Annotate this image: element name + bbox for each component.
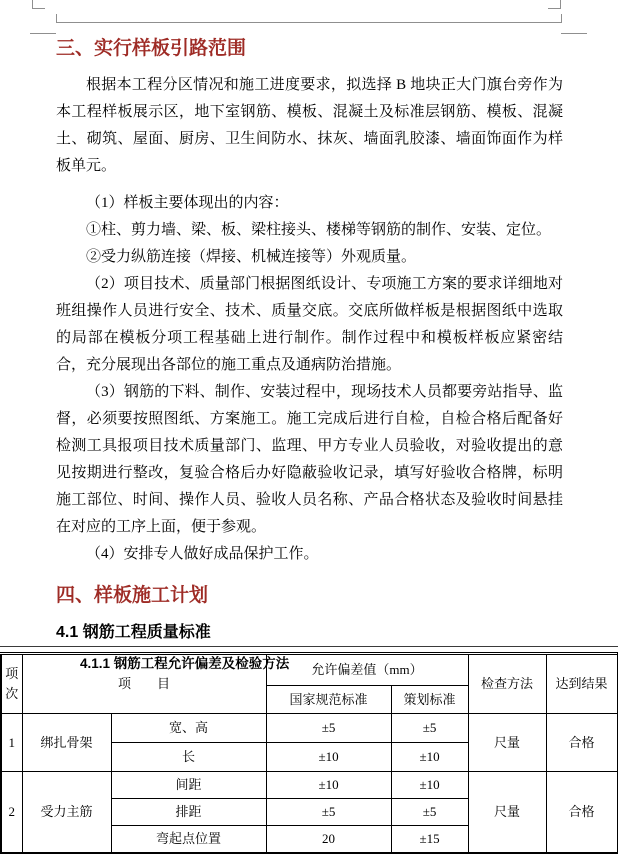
table-cell-group-no: 2 — [1, 772, 22, 854]
rebar-deviation-table: 项次 项 目 允许偏差值（mm） 检查方法 达到结果 国家规范标准 策划标准 1… — [0, 652, 618, 854]
header-cell-method: 检查方法 — [468, 654, 546, 714]
table-cell-group-item: 绑扎骨架 — [22, 714, 111, 772]
table-cell-result: 合格 — [546, 714, 618, 772]
document-body: 三、实行样板引路范围 根据本工程分区情况和施工进度要求，拟选择 B 地块正大门旗… — [56, 36, 563, 673]
text-boundary-line — [56, 22, 562, 23]
table-cell-subitem: 弯起点位置 — [111, 826, 266, 854]
header-cell-item: 项 目 — [22, 654, 266, 714]
table-cell-method: 尺量 — [468, 714, 546, 772]
header-cell-result: 达到结果 — [546, 654, 618, 714]
body-paragraph: 根据本工程分区情况和施工进度要求，拟选择 B 地块正大门旗台旁作为本工程样板展示… — [56, 72, 563, 180]
table-cell-planned-value: ±5 — [391, 714, 468, 743]
table-cell-subitem: 长 — [111, 743, 266, 772]
table-cell-national-value: ±5 — [266, 714, 391, 743]
text-boundary-mark — [561, 14, 562, 22]
body-paragraph: （4）安排专人做好成品保护工作。 — [56, 541, 563, 568]
text-boundary-mark — [32, 0, 33, 8]
text-boundary-mark — [548, 8, 561, 9]
table-cell-national-value: 20 — [266, 826, 391, 854]
body-paragraph: （1）样板主要体现出的内容： — [56, 190, 563, 217]
table-cell-national-value: ±10 — [266, 772, 391, 799]
header-cell-no: 项次 — [1, 654, 22, 714]
table-cell-result: 合格 — [546, 772, 618, 854]
document-page: 三、实行样板引路范围 根据本工程分区情况和施工进度要求，拟选择 B 地块正大门旗… — [0, 0, 618, 867]
body-paragraph: ②受力纵筋连接（焊接、机械连接等）外观质量。 — [56, 244, 563, 271]
header-cell-deviation: 允许偏差值（mm） — [266, 654, 468, 686]
body-paragraph: （2）项目技术、质量部门根据图纸设计、专项施工方案的要求详细地对班组操作人员进行… — [56, 271, 563, 379]
section-4-heading: 四、样板施工计划 — [56, 583, 563, 609]
table-cell-subitem: 排距 — [111, 799, 266, 826]
table-cell-group-no: 1 — [1, 714, 22, 772]
table-cell-planned-value: ±5 — [391, 799, 468, 826]
table-cell-national-value: ±10 — [266, 743, 391, 772]
text-boundary-mark — [560, 0, 561, 8]
table-cell-group-item: 受力主筋 — [22, 772, 111, 854]
table-cell-subitem: 宽、高 — [111, 714, 266, 743]
section-3-heading: 三、实行样板引路范围 — [56, 36, 563, 62]
table-cell-national-value: ±5 — [266, 799, 391, 826]
body-paragraph: （3）钢筋的下料、制作、安装过程中，现场技术人员都要旁站指导、监督，必须要按照图… — [56, 379, 563, 541]
header-cell-national-standard: 国家规范标准 — [266, 686, 391, 714]
text-boundary-mark — [561, 33, 587, 34]
text-boundary-mark — [56, 14, 57, 22]
table-cell-subitem: 间距 — [111, 772, 266, 799]
body-paragraph: ①柱、剪力墙、梁、板、梁柱接头、楼梯等钢筋的制作、安装、定位。 — [56, 217, 563, 244]
text-boundary-mark — [30, 33, 56, 34]
table-top-rule — [0, 646, 618, 647]
text-boundary-mark — [32, 8, 45, 9]
section-4-1-heading: 4.1 钢筋工程质量标准 — [56, 622, 563, 644]
paragraph-block: 根据本工程分区情况和施工进度要求，拟选择 B 地块正大门旗台旁作为本工程样板展示… — [56, 72, 563, 568]
table-cell-planned-value: ±10 — [391, 743, 468, 772]
table-cell-planned-value: ±10 — [391, 772, 468, 799]
table-cell-method: 尺量 — [468, 772, 546, 854]
header-cell-planned-standard: 策划标准 — [391, 686, 468, 714]
table-cell-planned-value: ±15 — [391, 826, 468, 854]
